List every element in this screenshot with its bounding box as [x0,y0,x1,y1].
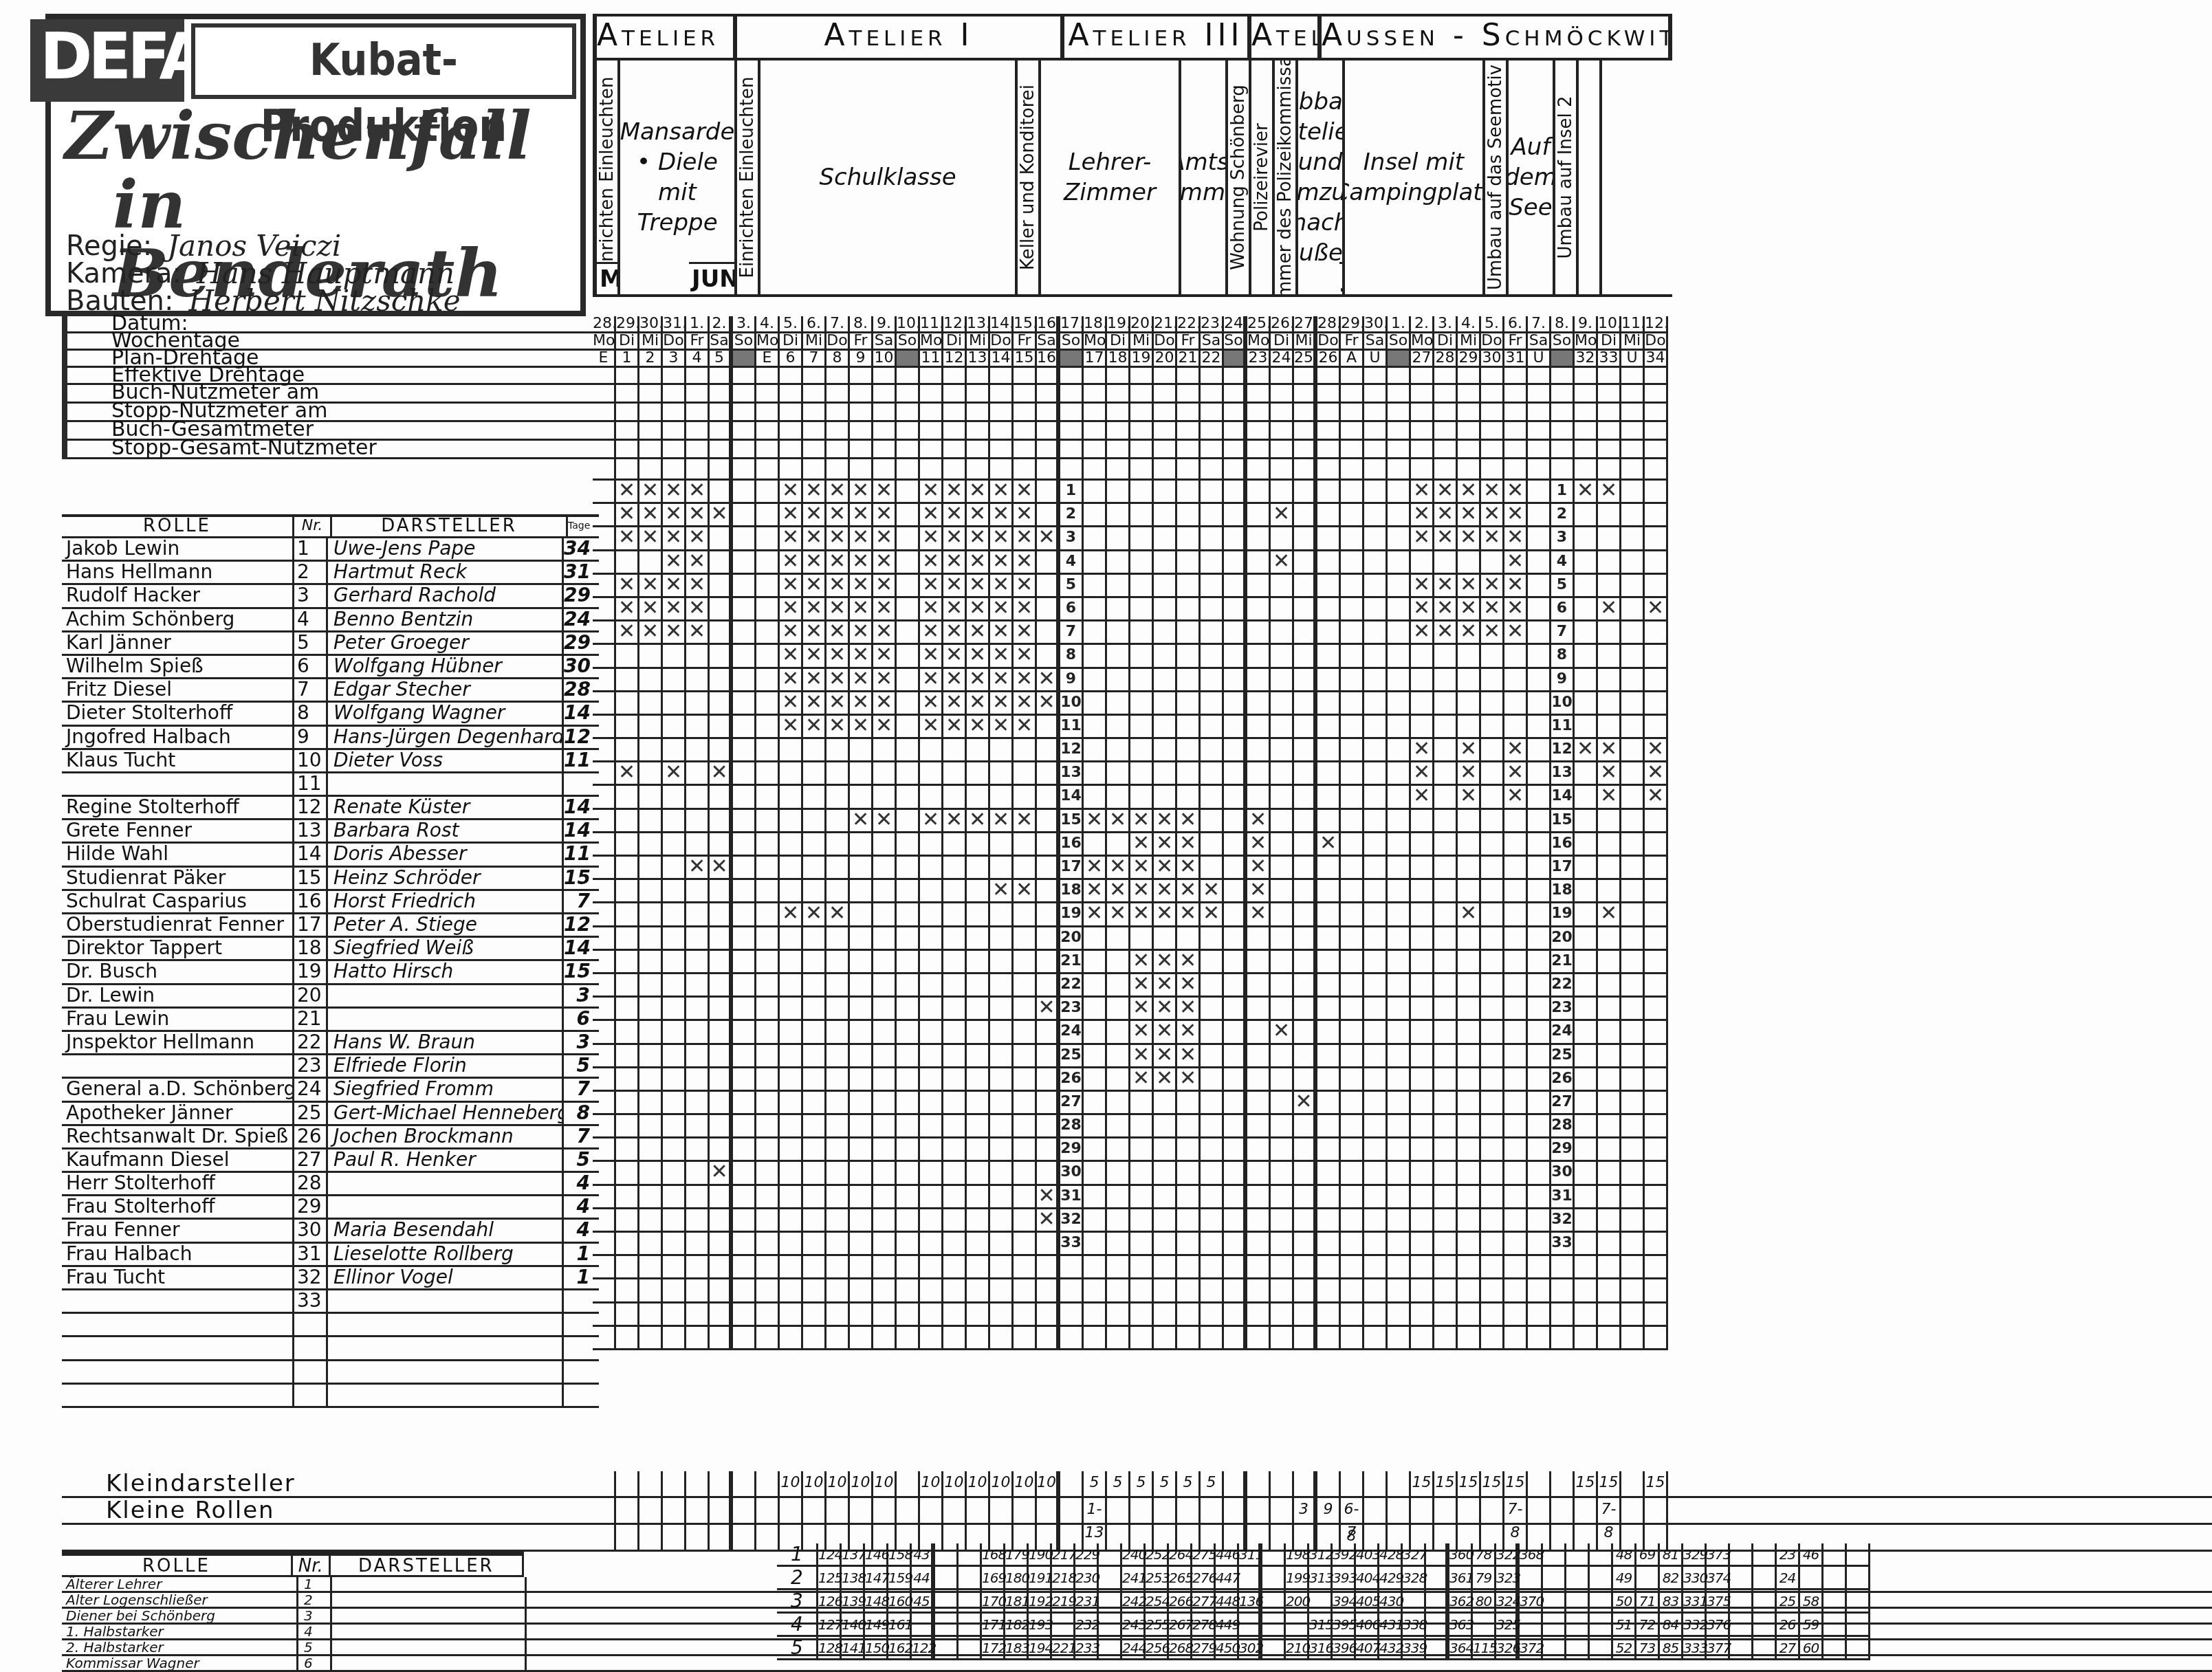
schedule-cell [990,1233,1014,1254]
scene-number-cell: 267 [1169,1614,1192,1635]
schedule-cell [639,762,663,784]
schedule-cell [1224,974,1247,995]
day-cell [1645,385,1668,401]
scene-number-cell: 328 [1403,1567,1426,1588]
schedule-cell [1247,645,1271,666]
day-cell [1458,459,1481,478]
scheduled-mark-icon: ✕ [639,527,663,549]
scheduled-mark-icon: ✕ [1014,504,1037,525]
scheduled-mark-icon: ✕ [1154,1068,1177,1090]
kleine-rollen-cell [616,1498,639,1523]
schedule-cell [1481,810,1504,831]
scene-number-cell [1099,1543,1122,1565]
schedule-row: 24✕✕✕✕24 [593,1021,1668,1044]
schedule-cell [663,786,686,807]
schedule-cell [920,1092,943,1113]
schedule-cell [1037,575,1060,596]
role-number: 26 [292,1126,328,1147]
schedule-cell [1154,1186,1177,1207]
schedule-cell [1598,1209,1621,1231]
schedule-cell [1575,1092,1598,1113]
effective-day-row [593,368,1668,385]
scene-label: Keller und Konditorei [1018,85,1038,270]
schedule-cell [803,1092,826,1113]
schedule-cell [1130,786,1154,807]
weekday-cell: Sa [1201,333,1224,349]
day-cell [1107,459,1130,478]
scene-number-cell: 115 [1473,1637,1496,1658]
date-cell: 12. [943,316,967,331]
schedule-cell [803,1233,826,1254]
schedule-cell [593,692,616,714]
schedule-cell [1271,1233,1294,1254]
schedule-cell [873,833,897,855]
scheduled-mark-icon: ✕ [990,551,1014,573]
scheduled-mark-icon: ✕ [686,598,710,619]
month-june: JUNI [689,262,737,294]
scene-number-cell [1847,1567,1870,1588]
schedule-cell [1037,1045,1060,1066]
row-number-echo: 6 [1551,598,1575,619]
schedule-cell [1598,974,1621,995]
plan-day-row: E12345E678910111213141516171819202122232… [593,351,1668,368]
day-cell [1504,404,1528,420]
schedule-cell [686,1279,710,1301]
kleine-rollen-cell [1621,1498,1645,1523]
scene-header-1: Mansarde • Diele mit TreppeJUNI [620,60,737,294]
schedule-cell [756,1162,780,1183]
kleine-rollen-cell [967,1498,990,1523]
schedule-cell [733,1279,756,1301]
scheduled-mark-icon: ✕ [850,645,873,666]
schedule-cell [1317,1115,1341,1136]
schedule-cell [826,1068,850,1090]
schedule-cell [663,1233,686,1254]
schedule-cell [803,927,826,949]
scheduled-mark-icon: ✕ [920,621,943,643]
day-cell [826,459,850,478]
schedule-marks: ✕✕✕✕✕✕✕✕✕✕✕✕✕✕1✕✕✕✕✕1✕✕✕✕✕✕✕✕✕✕✕✕✕✕✕✕✕2✕… [593,481,1668,1350]
row-number-echo: 33 [1551,1233,1575,1254]
plan-day-cell: U [1364,351,1388,366]
schedule-cell [1084,762,1107,784]
blank-cell [328,1361,562,1383]
schedule-cell [1201,762,1224,784]
schedule-cell [663,1162,686,1183]
blank-row [62,1385,599,1408]
schedule-cell [1177,1279,1201,1301]
schedule-cell [593,786,616,807]
scene-number-cell: 198 [1286,1543,1309,1565]
schedule-cell [733,857,756,878]
kleindarsteller-cell [1528,1471,1551,1496]
schedule-cell [990,1186,1014,1207]
schedule-cell [710,621,733,643]
day-cell [733,422,756,439]
day-cell [897,422,920,439]
scene-header-7: Wohnung Schönberg [1228,60,1251,294]
schedule-cell [1411,1138,1434,1160]
date-cell: 9. [1575,316,1598,331]
schedule-cell [897,1327,920,1348]
schedule-cell [1598,1138,1621,1160]
kleine-rollen-cell [1551,1498,1575,1523]
scheduled-mark-icon: ✕ [1481,575,1504,596]
plan-day-cell: 5 [710,351,733,366]
schedule-cell [1084,927,1107,949]
kleindarsteller-cell: 10 [873,1471,897,1496]
schedule-cell [920,1256,943,1277]
scheduled-mark-icon: ✕ [990,716,1014,737]
day-cell [1130,459,1154,478]
scene-number-cell: 368 [1520,1543,1543,1565]
schedule-cell [1294,951,1317,972]
schedule-cell [1154,527,1177,549]
weekday-cell: Fr [1504,333,1528,349]
scheduled-mark-icon: ✕ [920,575,943,596]
weekday-cell: Do [1645,333,1668,349]
kleindarsteller-cell [1317,1471,1341,1496]
schedule-cell [1271,669,1294,690]
schedule-cell [710,1186,733,1207]
schedule-cell [1341,1021,1364,1042]
day-cell [1201,404,1224,420]
schedule-cell [1107,762,1130,784]
schedule-cell [1645,1256,1668,1277]
date-cell: 29. [1341,316,1364,331]
row-number-echo: 32 [1060,1209,1084,1231]
schedule-cell [1294,1068,1317,1090]
kleine-rollen-cell [1645,1498,1668,1523]
role-name: Dieter Stolterhoff [62,703,292,724]
row-number-echo: 25 [1060,1045,1084,1066]
schedule-cell [920,903,943,925]
schedule-cell [710,974,733,995]
kleindarsteller-cell: 10 [1014,1471,1037,1496]
role-name: Klaus Tucht [62,750,292,771]
schedule-cell [1177,527,1201,549]
kleindarsteller-cell: 5 [1107,1471,1130,1496]
schedule-cell [1458,1138,1481,1160]
schedule-cell [1014,974,1037,995]
day-cell [1645,441,1668,457]
schedule-cell [1014,857,1037,878]
shooting-days: 15 [562,961,593,982]
schedule-cell [1528,1186,1551,1207]
scene-number-cell: 339 [1403,1637,1426,1658]
schedule-cell [1271,1045,1294,1066]
scene-header-0: Einrichten EinleuchtenMAI [597,60,620,294]
schedule-cell [1411,1186,1434,1207]
role-name: General a.D. Schönberg [62,1079,292,1100]
scheduled-mark-icon: ✕ [1247,833,1271,855]
schedule-cell [1130,1233,1154,1254]
schedule-cell [686,951,710,972]
kleine-rollen-cell [1575,1498,1598,1523]
scene-number-cell [1262,1614,1286,1635]
scene-number-cell [1099,1614,1122,1635]
scheduled-mark-icon: ✕ [990,527,1014,549]
schedule-cell [1528,927,1551,949]
schedule-cell [710,1138,733,1160]
kleindarsteller-cell: 15 [1434,1471,1458,1496]
scene-number-cell: 79 [1473,1567,1496,1588]
schedule-cell [1084,645,1107,666]
schedule-cell [1154,645,1177,666]
schedule-cell [943,998,967,1019]
schedule-cell [593,880,616,901]
schedule-cell [1154,1138,1177,1160]
schedule-cell [873,1303,897,1325]
day-cell [1575,459,1598,478]
shooting-days: 7 [562,1079,593,1100]
day-cell [1037,459,1060,478]
schedule-cell [1130,1209,1154,1231]
schedule-cell [1364,880,1388,901]
scheduled-mark-icon: ✕ [1107,880,1130,901]
schedule-cell [1107,527,1130,549]
day-cell [920,404,943,420]
schedule-cell [1598,951,1621,972]
schedule-cell [1481,1021,1504,1042]
schedule-cell [1388,1186,1411,1207]
day-cell [1224,441,1247,457]
schedule-cell [1154,1279,1177,1301]
day-cell [1177,422,1201,439]
day-cell [593,404,616,420]
schedule-cell [803,1045,826,1066]
date-cell: 31. [663,316,686,331]
scene-number-cell: 181 [1005,1590,1029,1611]
scheduled-mark-icon: ✕ [920,527,943,549]
schedule-cell [826,1162,850,1183]
schedule-cell [1621,1162,1645,1183]
schedule-cell [873,762,897,784]
weekday-cell: Do [826,333,850,349]
schedule-cell [803,1068,826,1090]
scene-number-cell: 190 [1029,1543,1052,1565]
day-cell [850,368,873,383]
schedule-cell [710,880,733,901]
schedule-cell [780,1138,803,1160]
scene-number-cell [1847,1543,1870,1565]
schedule-cell [1154,786,1177,807]
kleindarsteller-cell [1294,1471,1317,1496]
scene-number-cell: 244 [1122,1637,1146,1658]
schedule-cell [1364,575,1388,596]
schedule-cell [1504,1068,1528,1090]
schedule-cell [873,974,897,995]
schedule-cell [920,951,943,972]
schedule-cell [1504,998,1528,1019]
day-cell [1317,441,1341,457]
schedule-cell [593,645,616,666]
scene-header-6: Amts-Zimmer [1181,60,1228,294]
schedule-cell [1645,951,1668,972]
day-cell [850,441,873,457]
scene-number-cell: 256 [1146,1637,1169,1658]
role-name: Grete Fenner [62,820,292,841]
schedule-cell [1575,1162,1598,1183]
day-cell [1084,404,1107,420]
month-july: JULI [1339,262,1345,294]
day-cell [1364,459,1388,478]
scene-number-cell: 243 [1122,1614,1146,1635]
schedule-cell [1364,621,1388,643]
weekday-cell: Mi [1130,333,1154,349]
day-cell [1411,459,1434,478]
schedule-cell [1247,575,1271,596]
date-cell: 8. [850,316,873,331]
schedule-cell [663,645,686,666]
day-cell [873,441,897,457]
schedule-cell [686,833,710,855]
row-number-echo: 20 [1551,927,1575,949]
kleindarsteller-cell: 15 [1504,1471,1528,1496]
scene-number-cell: 146 [865,1543,888,1565]
weekday-cell: So [1388,333,1411,349]
schedule-cell [1201,1115,1224,1136]
scene-label: Lehrer-Zimmer [1041,147,1179,208]
day-cell [1621,404,1645,420]
kleine-rollen-cell [733,1498,756,1523]
schedule-row: 12✕✕✕12✕✕✕ [593,739,1668,762]
scheduled-mark-icon: ✕ [850,481,873,502]
scene-number-row: 2125138147159441691801912182302412532652… [777,1567,1870,1590]
day-cell [1364,441,1388,457]
day-cell [1481,459,1504,478]
day-cell [967,385,990,401]
cast-row: Hans Hellmann2Hartmut Reck31 [62,562,599,585]
schedule-cell [1481,1092,1504,1113]
plan-day-cell: 31 [1504,351,1528,366]
day-cell [1481,422,1504,439]
schedule-cell [1528,481,1551,502]
schedule-cell [1294,621,1317,643]
schedule-cell [1598,1115,1621,1136]
scene-number-cell: 43 [912,1543,935,1565]
schedule-cell [990,1045,1014,1066]
schedule-cell [943,762,967,784]
shooting-days: 14 [562,820,593,841]
schedule-cell [1341,974,1364,995]
scheduled-mark-icon: ✕ [663,575,686,596]
kleine-rollen-cell [1528,1498,1551,1523]
schedule-cell [920,1162,943,1183]
schedule-cell [593,974,616,995]
schedule-cell [686,1045,710,1066]
day-cell [663,385,686,401]
small-role-number: 4 [296,1625,332,1638]
scheduled-mark-icon: ✕ [943,810,967,831]
day-cell [1575,441,1598,457]
role-name: Hilde Wahl [62,844,292,865]
scene-number-row: 3126139148160451701811922192312422542662… [777,1590,1870,1614]
schedule-cell [1341,598,1364,619]
row-number-echo: 4 [1551,551,1575,573]
scheduled-mark-icon: ✕ [826,692,850,714]
scene-number-cell: 58 [1800,1590,1824,1611]
schedule-cell [850,1138,873,1160]
schedule-cell [593,1256,616,1277]
schedule-cell [1598,1186,1621,1207]
cast-rows: Jakob Lewin1Uwe-Jens Pape34Hans Hellmann… [62,538,599,1408]
schedule-cell [1481,1256,1504,1277]
day-cell [1224,368,1247,383]
schedule-cell [1598,692,1621,714]
schedule-cell [1224,857,1247,878]
schedule-cell [1107,974,1130,995]
schedule-cell [1504,1115,1528,1136]
scene-number-cell [1824,1637,1847,1658]
schedule-cell [1294,1279,1317,1301]
schedule-cell [1224,880,1247,901]
schedule-cell [686,1092,710,1113]
schedule-cell [920,1045,943,1066]
date-cell: 28. [593,316,616,331]
scheduled-mark-icon: ✕ [943,716,967,737]
scheduled-mark-icon: ✕ [710,504,733,525]
schedule-cell [1294,974,1317,995]
blank-cell [562,1314,593,1335]
schedule-cell [943,1327,967,1348]
day-cell [1084,459,1107,478]
schedule-cell [850,880,873,901]
schedule-cell [1294,481,1317,502]
schedule-cell [780,1186,803,1207]
small-role-name: 1. Halbstarker [62,1625,296,1638]
schedule-cell [1388,1138,1411,1160]
schedule-cell [850,1279,873,1301]
scheduled-mark-icon: ✕ [780,598,803,619]
schedule-cell [686,1303,710,1325]
scheduled-mark-icon: ✕ [1014,598,1037,619]
schedule-cell [1575,504,1598,525]
shooting-days: 1 [562,1244,593,1265]
schedule-cell [1247,1162,1271,1183]
shooting-days: 14 [562,703,593,724]
schedule-cell [639,1209,663,1231]
scene-number-cell [959,1543,982,1565]
schedule-cell [897,786,920,807]
schedule-cell [1528,810,1551,831]
schedule-cell [1177,551,1201,573]
date-cell: 7. [1528,316,1551,331]
date-cell: 10. [1598,316,1621,331]
row-number-echo: 14 [1060,786,1084,807]
day-cell [1177,404,1201,420]
schedule-cell [616,903,639,925]
schedule-cell [826,1092,850,1113]
schedule-cell [1481,786,1504,807]
scheduled-mark-icon: ✕ [850,551,873,573]
schedule-cell [756,951,780,972]
schedule-cell [1364,1021,1388,1042]
schedule-cell [1528,1021,1551,1042]
schedule-cell [1201,527,1224,549]
schedule-cell [1341,1303,1364,1325]
schedule-cell [1014,927,1037,949]
scheduled-mark-icon: ✕ [1294,1092,1317,1113]
schedule-cell [1528,504,1551,525]
schedule-cell [1014,903,1037,925]
weekday-cell: Mi [967,333,990,349]
schedule-cell [1224,1115,1247,1136]
schedule-cell [1224,481,1247,502]
schedule-cell [967,1162,990,1183]
schedule-cell [1645,575,1668,596]
scheduled-mark-icon: ✕ [663,598,686,619]
